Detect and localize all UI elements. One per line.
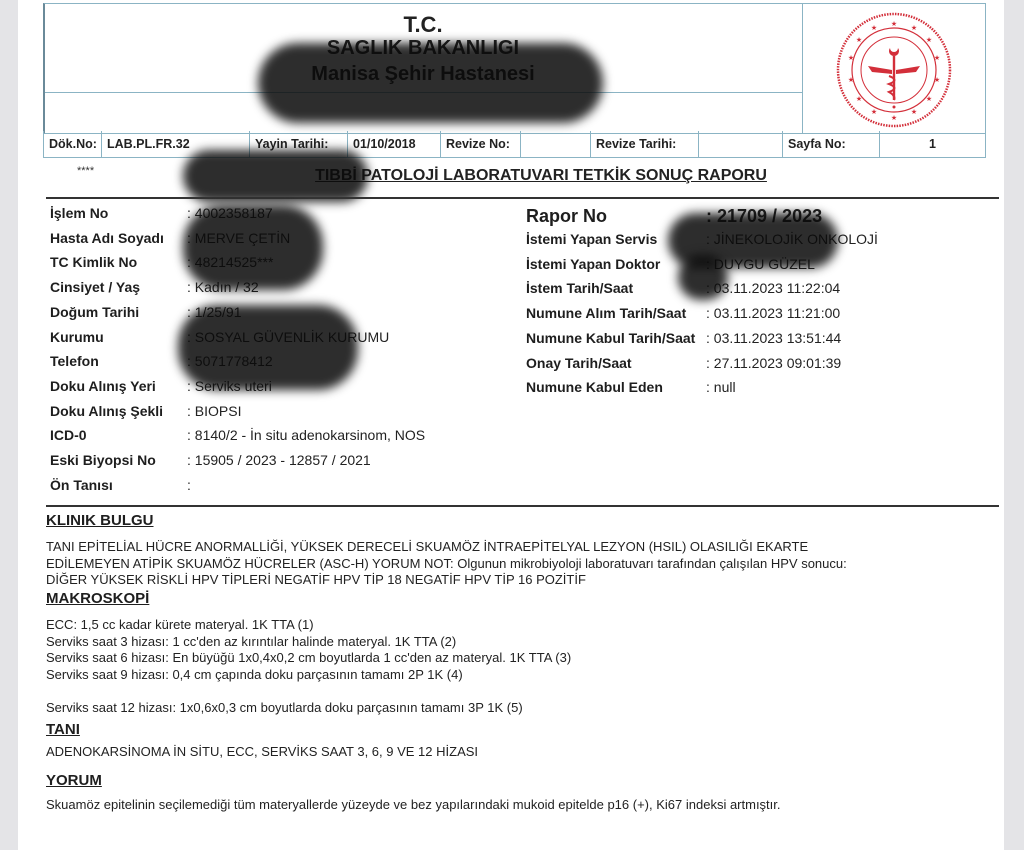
redaction-mark [678, 255, 728, 300]
dok-no-label: Dök.No: [44, 131, 102, 157]
makroskopi-title: MAKROSKOPİ [46, 590, 149, 607]
svg-text:★: ★ [871, 108, 877, 116]
svg-text:★: ★ [934, 76, 940, 84]
klinik-bulgu-title: KLINIK BULGU [46, 512, 154, 529]
redaction-mark [178, 305, 358, 390]
field-value: : null [706, 379, 736, 395]
field-label: TC Kimlik No [50, 254, 137, 270]
makroskopi-line: ECC: 1,5 cc kadar kürete materyal. 1K TT… [46, 617, 571, 634]
field-label: İşlem No [50, 205, 108, 221]
revize-no-label: Revize No: [441, 131, 521, 157]
report-title: TIBBİ PATOLOJİ LABORATUVARI TETKİK SONUÇ… [18, 167, 1004, 185]
svg-text:★: ★ [911, 24, 917, 32]
makroskopi-line: Serviks saat 12 hizası: 1x0,6x0,3 cm boy… [46, 700, 571, 717]
klinik-bulgu-text: TANI EPİTELİAL HÜCRE ANORMALLİĞİ, YÜKSEK… [46, 539, 847, 589]
rapor-no-label: Rapor No [526, 206, 607, 227]
svg-text:★: ★ [911, 108, 917, 116]
field-label: Cinsiyet / Yaş [50, 279, 140, 295]
revize-tarihi-value [699, 131, 783, 157]
field-label: Doğum Tarihi [50, 304, 139, 320]
svg-text:★: ★ [871, 24, 877, 32]
makroskopi-line: Serviks saat 6 hizası: En büyüğü 1x0,4x0… [46, 650, 571, 667]
klinik-bulgu-line: TANI EPİTELİAL HÜCRE ANORMALLİĞİ, YÜKSEK… [46, 539, 847, 556]
field-label: Telefon [50, 353, 99, 369]
svg-text:★: ★ [926, 95, 932, 103]
yorum-title: YORUM [46, 772, 102, 789]
field-label: Kurumu [50, 329, 104, 345]
tani-title: TANI [46, 721, 80, 738]
yorum-text: Skuamöz epitelinin seçilemediği tüm mate… [46, 797, 781, 814]
svg-text:★: ★ [848, 54, 854, 62]
document-meta-row: Dök.No: LAB.PL.FR.32 Yayin Tarihi: 01/10… [43, 131, 986, 158]
makroskopi-line: Serviks saat 9 hizası: 0,4 cm çapında do… [46, 667, 571, 684]
field-value: : [187, 477, 191, 493]
field-label: Doku Alınış Şekli [50, 403, 163, 419]
field-value: : BIOPSI [187, 403, 241, 419]
report-page: T.C. SAGLIK BAKANLIGI Manisa Şehir Hasta… [18, 0, 1004, 850]
sayfa-no-value: 1 [880, 131, 985, 157]
field-label: Onay Tarih/Saat [526, 355, 632, 371]
tani-text: ADENOKARSİNOMA İN SİTU, ECC, SERVİKS SAA… [46, 744, 478, 761]
field-label: Numune Kabul Tarih/Saat [526, 330, 695, 346]
svg-text:★: ★ [848, 76, 854, 84]
field-label: Numune Alım Tarih/Saat [526, 305, 686, 321]
klinik-bulgu-line: EDİLEMEYEN ATİPİK SKUAMÖZ HÜCRELER (ASC-… [46, 556, 847, 573]
svg-text:★: ★ [856, 95, 862, 103]
makroskopi-line: Serviks saat 3 hizası: 1 cc'den az kırın… [46, 634, 571, 651]
field-label: Doku Alınış Yeri [50, 378, 156, 394]
revize-tarihi-label: Revize Tarihi: [591, 131, 699, 157]
redaction-mark [258, 43, 603, 123]
redaction-mark [183, 205, 323, 290]
logo-box: ★★★ ★★★★ ★★★★ ★★★ [803, 3, 986, 134]
field-value: : 27.11.2023 09:01:39 [706, 355, 841, 371]
sayfa-no-label: Sayfa No: [783, 131, 880, 157]
divider [46, 197, 999, 199]
field-value: : 8140/2 - İn situ adenokarsinom, NOS [187, 427, 425, 443]
revize-no-value [521, 131, 591, 157]
svg-text:★: ★ [856, 36, 862, 44]
country-title: T.C. [43, 12, 803, 38]
redaction-mark [183, 150, 368, 202]
svg-text:★: ★ [891, 20, 897, 28]
field-label: Eski Biyopsi No [50, 452, 156, 468]
svg-text:★: ★ [934, 54, 940, 62]
divider [46, 505, 999, 507]
field-value: : 15905 / 2023 - 12857 / 2021 [187, 452, 371, 468]
field-label: Hasta Adı Soyadı [50, 230, 164, 246]
makroskopi-text: ECC: 1,5 cc kadar kürete materyal. 1K TT… [46, 617, 571, 716]
svg-text:★: ★ [891, 114, 897, 122]
klinik-bulgu-line: DİĞER YÜKSEK RİSKLİ HPV TİPLERİ NEGATİF … [46, 572, 847, 589]
ministry-of-health-seal-icon: ★★★ ★★★★ ★★★★ ★★★ [834, 10, 954, 130]
yayin-tarihi-value: 01/10/2018 [348, 131, 441, 157]
field-label: Numune Kabul Eden [526, 379, 663, 395]
field-value: : 03.11.2023 11:21:00 [706, 305, 840, 321]
field-label: İstemi Yapan Servis [526, 231, 657, 247]
field-label: İstem Tarih/Saat [526, 280, 633, 296]
field-value: : 03.11.2023 13:51:44 [706, 330, 841, 346]
field-label: ICD-0 [50, 427, 87, 443]
field-label: Ön Tanısı [50, 477, 113, 493]
field-label: İstemi Yapan Doktor [526, 256, 660, 272]
svg-text:★: ★ [926, 36, 932, 44]
